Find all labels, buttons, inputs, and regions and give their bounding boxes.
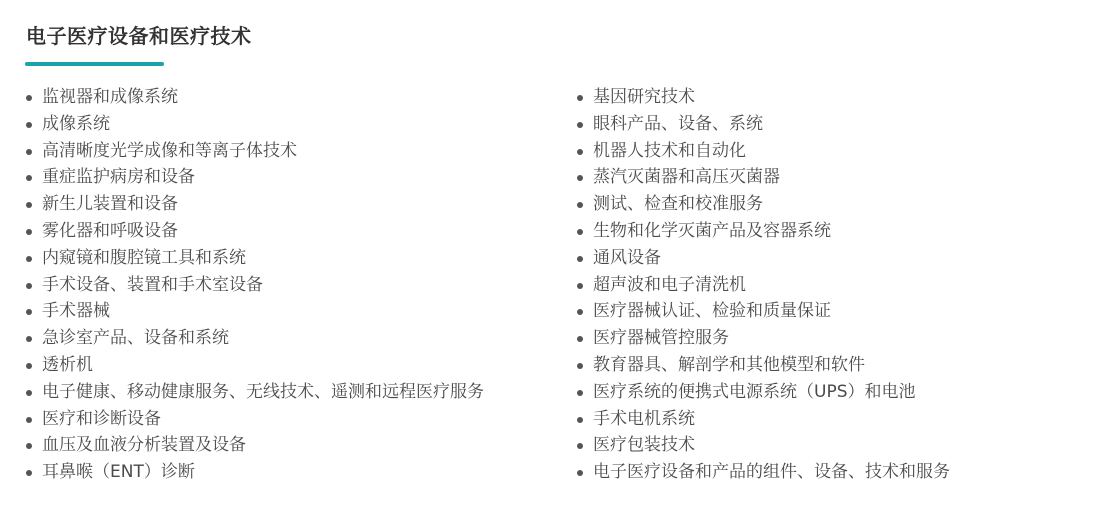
bullet-icon [26,122,32,128]
list-item: 血压及血液分析装置及设备 [26,432,484,459]
list-item: 电子健康、移动健康服务、无线技术、遥测和远程医疗服务 [26,379,484,406]
list-item: 眼科产品、设备、系统 [577,111,950,138]
bullet-icon [26,443,32,449]
list-item: 医疗和诊断设备 [26,406,484,433]
bullet-icon [577,95,583,101]
bullet-icon [577,309,583,315]
list-item: 医疗器械认证、检验和质量保证 [577,298,950,325]
bullet-icon [577,122,583,128]
bullet-icon [26,149,32,155]
category-list-left: 监视器和成像系统 成像系统 高清晰度光学成像和等离子体技术 重症监护病房和设备 … [26,84,484,486]
title-underline-accent [25,62,164,66]
list-item: 基因研究技术 [577,84,950,111]
bullet-icon [577,229,583,235]
list-item: 蒸汽灭菌器和高压灭菌器 [577,164,950,191]
bullet-icon [577,363,583,369]
list-item: 内窥镜和腹腔镜工具和系统 [26,245,484,272]
list-item: 医疗包装技术 [577,432,950,459]
list-item: 高清晰度光学成像和等离子体技术 [26,138,484,165]
list-item: 雾化器和呼吸设备 [26,218,484,245]
list-item: 手术设备、装置和手术室设备 [26,272,484,299]
list-item: 成像系统 [26,111,484,138]
bullet-icon [577,256,583,262]
list-item: 测试、检查和校准服务 [577,191,950,218]
bullet-icon [26,283,32,289]
list-item: 电子医疗设备和产品的组件、设备、技术和服务 [577,459,950,486]
bullet-icon [26,309,32,315]
list-item: 通风设备 [577,245,950,272]
bullet-icon [26,390,32,396]
section-title: 电子医疗设备和医疗技术 [26,22,252,50]
bullet-icon [26,95,32,101]
list-item: 耳鼻喉（ENT）诊断 [26,459,484,486]
list-item: 教育器具、解剖学和其他模型和软件 [577,352,950,379]
bullet-icon [26,202,32,208]
list-item: 重症监护病房和设备 [26,164,484,191]
bullet-icon [577,336,583,342]
bullet-icon [577,175,583,181]
bullet-icon [26,363,32,369]
bullet-icon [577,417,583,423]
list-item: 手术电机系统 [577,406,950,433]
bullet-icon [577,149,583,155]
bullet-icon [577,470,583,476]
bullet-icon [577,390,583,396]
list-item: 透析机 [26,352,484,379]
bullet-icon [577,202,583,208]
bullet-icon [26,229,32,235]
bullet-icon [26,470,32,476]
list-item: 监视器和成像系统 [26,84,484,111]
bullet-icon [577,443,583,449]
bullet-icon [26,256,32,262]
list-item: 医疗系统的便携式电源系统（UPS）和电池 [577,379,950,406]
bullet-icon [577,283,583,289]
list-item: 超声波和电子清洗机 [577,272,950,299]
category-list-right: 基因研究技术 眼科产品、设备、系统 机器人技术和自动化 蒸汽灭菌器和高压灭菌器 … [577,84,950,486]
list-item: 医疗器械管控服务 [577,325,950,352]
list-item: 新生儿装置和设备 [26,191,484,218]
list-item: 生物和化学灭菌产品及容器系统 [577,218,950,245]
list-item: 机器人技术和自动化 [577,138,950,165]
bullet-icon [26,336,32,342]
bullet-icon [26,175,32,181]
list-item: 急诊室产品、设备和系统 [26,325,484,352]
list-item: 手术器械 [26,298,484,325]
bullet-icon [26,417,32,423]
